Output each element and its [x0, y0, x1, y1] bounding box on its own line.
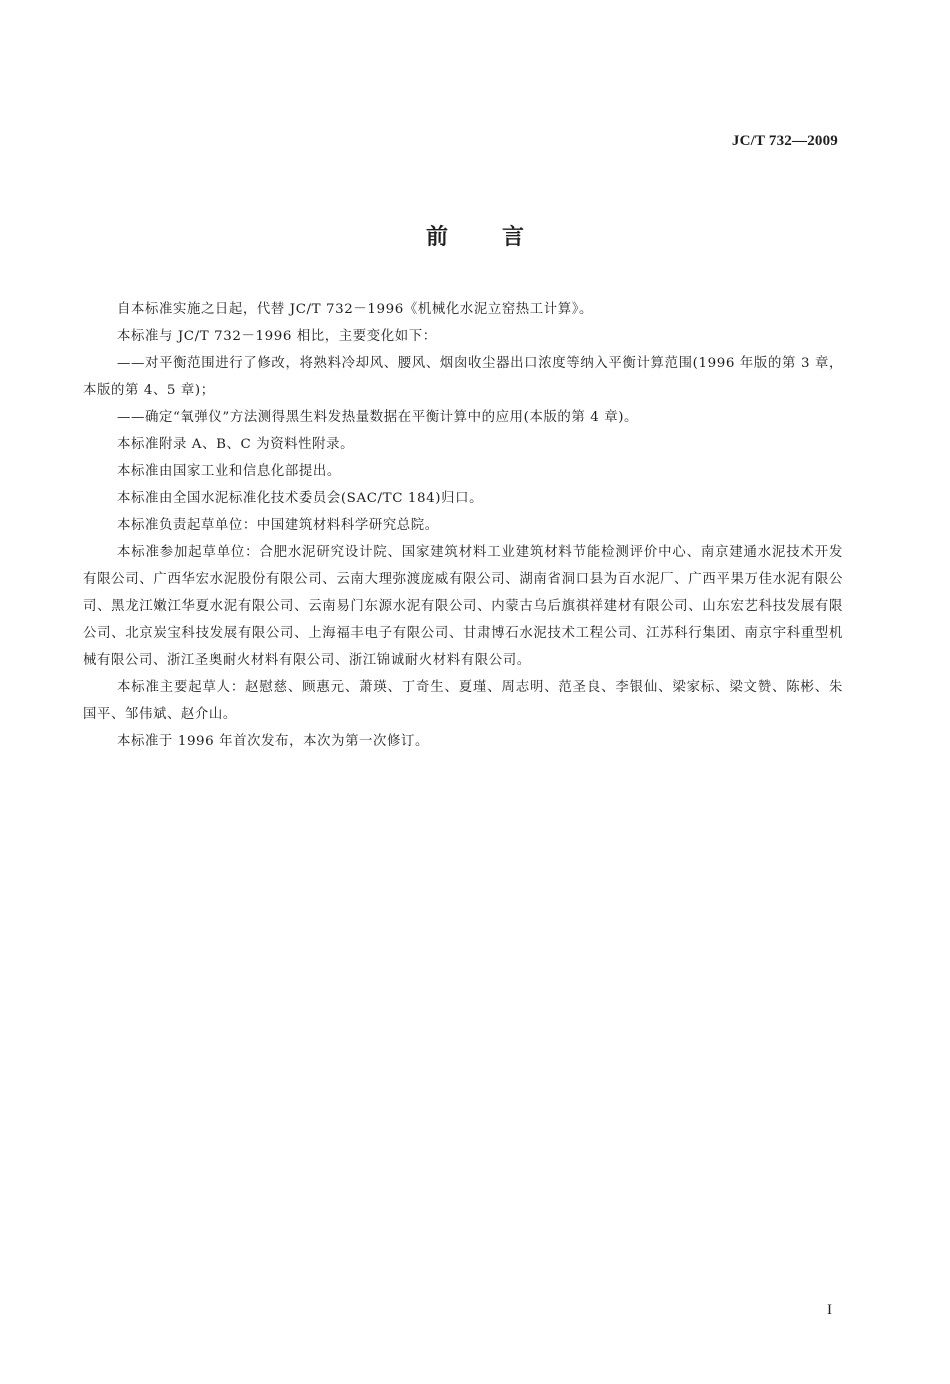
- paragraph-participating-units: 本标准参加起草单位：合肥水泥研究设计院、国家建筑材料工业建筑材料节能检测评价中心…: [83, 539, 843, 674]
- paragraph-change-1: ——对平衡范围进行了修改，将熟料冷却风、腰风、烟囱收尘器出口浓度等纳入平衡计算范…: [83, 350, 843, 404]
- paragraph-change-2: ——确定“氧弹仪”方法测得黑生料发热量数据在平衡计算中的应用(本版的第 4 章)…: [83, 404, 843, 431]
- page-title: 前言: [0, 220, 950, 251]
- standard-code: JC/T 732—2009: [732, 133, 838, 150]
- title-char-2: 言: [502, 220, 524, 251]
- title-char-1: 前: [426, 220, 448, 251]
- paragraph-proposed-by: 本标准由国家工业和信息化部提出。: [83, 458, 843, 485]
- paragraph-replaces: 自本标准实施之日起，代替 JC/T 732－1996《机械化水泥立窑热工计算》。: [83, 296, 843, 323]
- foreword-body: 自本标准实施之日起，代替 JC/T 732－1996《机械化水泥立窑热工计算》。…: [83, 296, 843, 755]
- paragraph-changes-intro: 本标准与 JC/T 732－1996 相比，主要变化如下：: [83, 323, 843, 350]
- paragraph-centralized-by: 本标准由全国水泥标准化技术委员会(SAC/TC 184)归口。: [83, 485, 843, 512]
- paragraph-main-drafters: 本标准主要起草人：赵慰慈、顾惠元、萧瑛、丁奇生、夏瑾、周志明、范圣良、李银仙、梁…: [83, 674, 843, 728]
- paragraph-lead-drafter: 本标准负责起草单位：中国建筑材料科学研究总院。: [83, 512, 843, 539]
- paragraph-appendix: 本标准附录 A、B、C 为资料性附录。: [83, 431, 843, 458]
- paragraph-history: 本标准于 1996 年首次发布，本次为第一次修订。: [83, 728, 843, 755]
- page-number: I: [827, 1302, 832, 1319]
